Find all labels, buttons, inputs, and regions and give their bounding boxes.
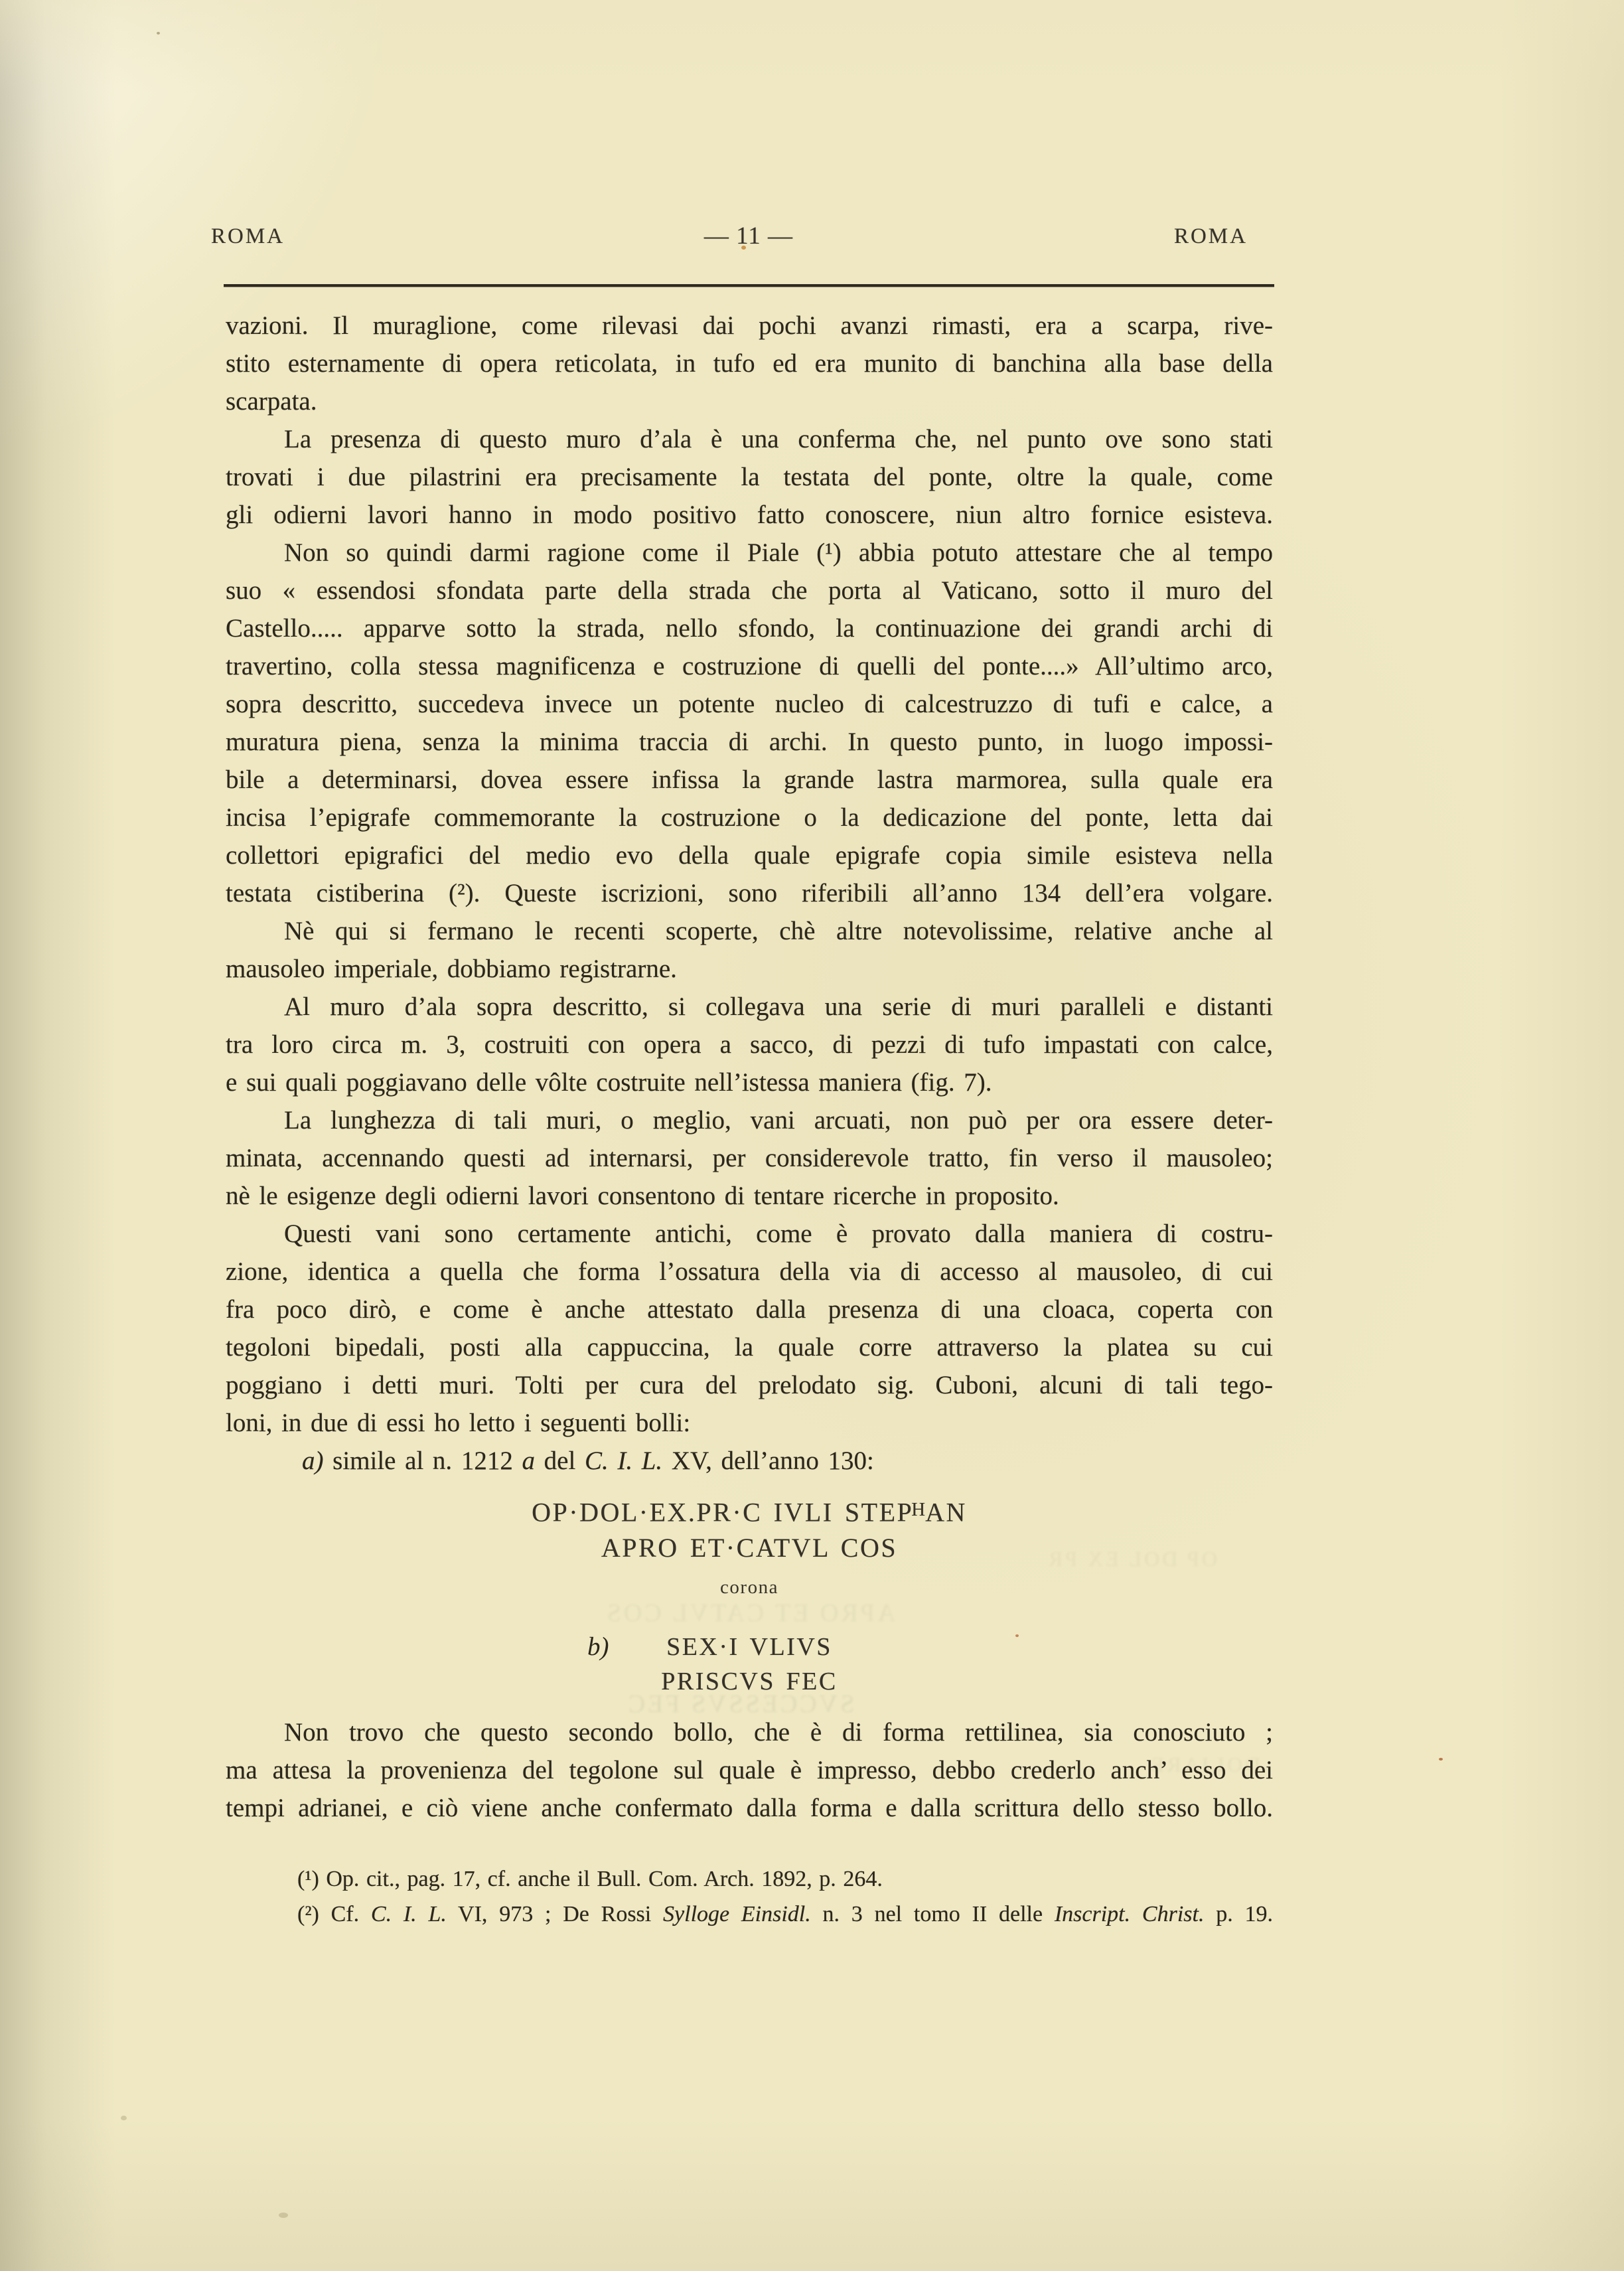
text-segment: minata, accennando questi ad internarsi,… (226, 1144, 1273, 1172)
text-segment: OP·DOL·EX.PR·C IVLI STEP (532, 1498, 913, 1527)
text-line: suo « essendosi sfondata parte della str… (226, 572, 1273, 609)
inscription-b: b) SEX·I VLIVS PRISCVS FEC (226, 1630, 1273, 1699)
text-segment: poggiano i detti muri. Tolti per cura de… (226, 1371, 1273, 1399)
text-segment: tegoloni bipedali, posti alla cappuccina… (226, 1333, 1273, 1362)
text-line: zione, identica a quella che forma l’oss… (226, 1253, 1273, 1291)
text-segment: a) (302, 1447, 324, 1475)
text-segment: travertino, colla stessa magnificenza e … (226, 652, 1273, 680)
text-segment: trovati i due pilastrini era precisament… (226, 463, 1273, 491)
text-line: Castello..... apparve sotto la strada, n… (226, 609, 1273, 647)
text-segment: (¹) Op. cit., pag. 17, cf. anche il Bull… (297, 1867, 883, 1891)
text-line: tra loro circa m. 3, costruiti con opera… (226, 1026, 1273, 1063)
text-segment: a (522, 1447, 535, 1475)
text-segment: AN (925, 1498, 967, 1527)
text-segment: ma attesa la provenienza del tegolone su… (226, 1756, 1273, 1784)
text-segment: sopra descritto, succedeva invece un pot… (226, 690, 1273, 718)
closing-paragraph: Non trovo che questo secondo bollo, che … (226, 1713, 1273, 1827)
text-segment: Non trovo che questo secondo bollo, che … (284, 1718, 1273, 1747)
text-line: loni, in due di essi ho letto i seguenti… (226, 1404, 1273, 1442)
text-segment: (²) Cf. (297, 1902, 371, 1926)
stamp-a-label: a) simile al n. 1212 a del C. I. L. XV, … (226, 1442, 1273, 1480)
text-line: Al muro d’ala sopra descritto, si colleg… (226, 988, 1273, 1026)
text-segment: La presenza di questo muro d’ala è una c… (284, 425, 1273, 453)
text-line: tegoloni bipedali, posti alla cappuccina… (226, 1328, 1273, 1366)
text-line: incisa l’epigrafe commemorante la costru… (226, 799, 1273, 836)
text-line: vazioni. Il muraglione, come rilevasi da… (226, 307, 1273, 345)
text-column: vazioni. Il muraglione, come rilevasi da… (226, 307, 1273, 1932)
inscription-a-line-1: OP·DOL·EX.PR·C IVLI STEPHAN (226, 1490, 1273, 1529)
text-segment: stito esternamente di opera reticolata, … (226, 349, 1273, 378)
text-segment: vazioni. Il muraglione, come rilevasi da… (226, 311, 1273, 340)
text-segment: Questi vani sono certamente antichi, com… (284, 1219, 1273, 1248)
stamp-b-label: b) (587, 1630, 609, 1664)
text-line: La presenza di questo muro d’ala è una c… (226, 420, 1273, 458)
inscription-a-line-2: APRO ET·CATVL COS (226, 1529, 1273, 1567)
running-head-right: ROMA (1122, 224, 1248, 249)
text-segment: del (535, 1447, 585, 1475)
text-segment: APRO ET·CATVL COS (601, 1533, 897, 1563)
text-segment: VI, 973 ; De Rossi (447, 1902, 663, 1926)
text-line: mausoleo imperiale, dobbiamo registrarne… (226, 950, 1273, 988)
text-line: minata, accennando questi ad internarsi,… (226, 1139, 1273, 1177)
text-segment: scarpata. (226, 387, 317, 416)
inscription-a: OP·DOL·EX.PR·C IVLI STEPHAN APRO ET·CATV… (226, 1490, 1273, 1602)
text-segment: simile al n. 1212 (324, 1447, 522, 1475)
text-line: tempi adrianei, e ciò viene anche confer… (226, 1789, 1273, 1827)
text-line: travertino, colla stessa magnificenza e … (226, 647, 1273, 685)
text-line: e sui quali poggiavano delle vôlte costr… (226, 1063, 1273, 1101)
text-line: muratura piena, senza la minima traccia … (226, 723, 1273, 761)
footnotes: (¹) Op. cit., pag. 17, cf. anche il Bull… (226, 1861, 1273, 1932)
text-line: collettori epigrafici del medio evo dell… (226, 836, 1273, 874)
text-segment: C. I. L. (371, 1902, 447, 1926)
text-segment: zione, identica a quella che forma l’oss… (226, 1257, 1273, 1286)
text-segment: tra loro circa m. 3, costruiti con opera… (226, 1030, 1273, 1059)
text-line: fra poco dirò, e come è anche attestato … (226, 1291, 1273, 1328)
text-segment: mausoleo imperiale, dobbiamo registrarne… (226, 955, 677, 983)
text-line: gli odierni lavori hanno in modo positiv… (226, 496, 1273, 534)
text-segment: Non so quindi darmi ragione come il Pial… (284, 538, 1273, 567)
text-line: ma attesa la provenienza del tegolone su… (226, 1751, 1273, 1789)
text-line: trovati i due pilastrini era precisament… (226, 458, 1273, 496)
text-segment: gli odierni lavori hanno in modo positiv… (226, 501, 1273, 529)
body-paragraphs: vazioni. Il muraglione, come rilevasi da… (226, 307, 1273, 1442)
text-segment: loni, in due di essi ho letto i seguenti… (226, 1409, 690, 1437)
text-line: scarpata. (226, 382, 1273, 420)
text-segment: bile a determinarsi, dovea essere infiss… (226, 765, 1273, 794)
inscription-b-line-2: PRISCVS FEC (226, 1664, 1273, 1699)
inscription-b-line-1: SEX·I VLIVS (226, 1630, 1273, 1664)
text-segment: Nè qui si fermano le recenti scoperte, c… (284, 917, 1273, 945)
scanned-document-page: ROMA — 11 — ROMA vazioni. Il muraglione,… (0, 0, 1624, 2271)
header-rule (224, 284, 1274, 287)
text-segment: La lunghezza di tali muri, o meglio, van… (284, 1106, 1273, 1135)
text-segment: e sui quali poggiavano delle vôlte costr… (226, 1068, 992, 1097)
stain-speck (157, 32, 160, 35)
text-line: (¹) Op. cit., pag. 17, cf. anche il Bull… (226, 1861, 1273, 1897)
text-segment: Inscript. Christ. (1055, 1902, 1205, 1926)
text-line: Nè qui si fermano le recenti scoperte, c… (226, 912, 1273, 950)
text-segment: Al muro d’ala sopra descritto, si colleg… (284, 992, 1273, 1021)
running-head-left: ROMA (211, 224, 285, 249)
text-line: a) simile al n. 1212 a del C. I. L. XV, … (226, 1442, 1273, 1480)
stain-speck (279, 2213, 288, 2218)
text-segment: XV, dell’anno 130: (662, 1447, 874, 1475)
inscription-a-caption: corona (226, 1573, 1273, 1602)
text-segment: collettori epigrafici del medio evo dell… (226, 841, 1273, 870)
text-line: La lunghezza di tali muri, o meglio, van… (226, 1101, 1273, 1139)
text-line: Questi vani sono certamente antichi, com… (226, 1215, 1273, 1253)
stain-speck (1439, 1758, 1443, 1761)
stain-speck (121, 2116, 127, 2120)
text-segment: fra poco dirò, e come è anche attestato … (226, 1295, 1273, 1324)
text-segment: p. 19. (1204, 1902, 1273, 1926)
text-line: bile a determinarsi, dovea essere infiss… (226, 761, 1273, 799)
text-segment: C. I. L. (585, 1447, 662, 1475)
text-segment: suo « essendosi sfondata parte della str… (226, 576, 1273, 605)
text-segment: Sylloge Einsidl. (663, 1902, 811, 1926)
text-segment: incisa l’epigrafe commemorante la costru… (226, 803, 1273, 832)
text-line: poggiano i detti muri. Tolti per cura de… (226, 1366, 1273, 1404)
text-segment: Castello..... apparve sotto la strada, n… (226, 614, 1273, 643)
text-line: sopra descritto, succedeva invece un pot… (226, 685, 1273, 723)
text-segment: H (911, 1499, 925, 1520)
text-line: Non so quindi darmi ragione come il Pial… (226, 534, 1273, 572)
text-line: nè le esigenze degli odierni lavori cons… (226, 1177, 1273, 1215)
text-segment: muratura piena, senza la minima traccia … (226, 728, 1273, 756)
text-line: Non trovo che questo secondo bollo, che … (226, 1713, 1273, 1751)
text-segment: nè le esigenze degli odierni lavori cons… (226, 1182, 1059, 1210)
text-segment: tempi adrianei, e ciò viene anche confer… (226, 1794, 1273, 1822)
page-number: — 11 — (676, 222, 822, 250)
text-line: stito esternamente di opera reticolata, … (226, 345, 1273, 382)
text-line: (²) Cf. C. I. L. VI, 973 ; De Rossi Syll… (226, 1897, 1273, 1932)
text-segment: testata cistiberina (²). Queste iscrizio… (226, 879, 1273, 907)
text-segment: n. 3 nel tomo II delle (811, 1902, 1055, 1926)
text-line: testata cistiberina (²). Queste iscrizio… (226, 874, 1273, 912)
